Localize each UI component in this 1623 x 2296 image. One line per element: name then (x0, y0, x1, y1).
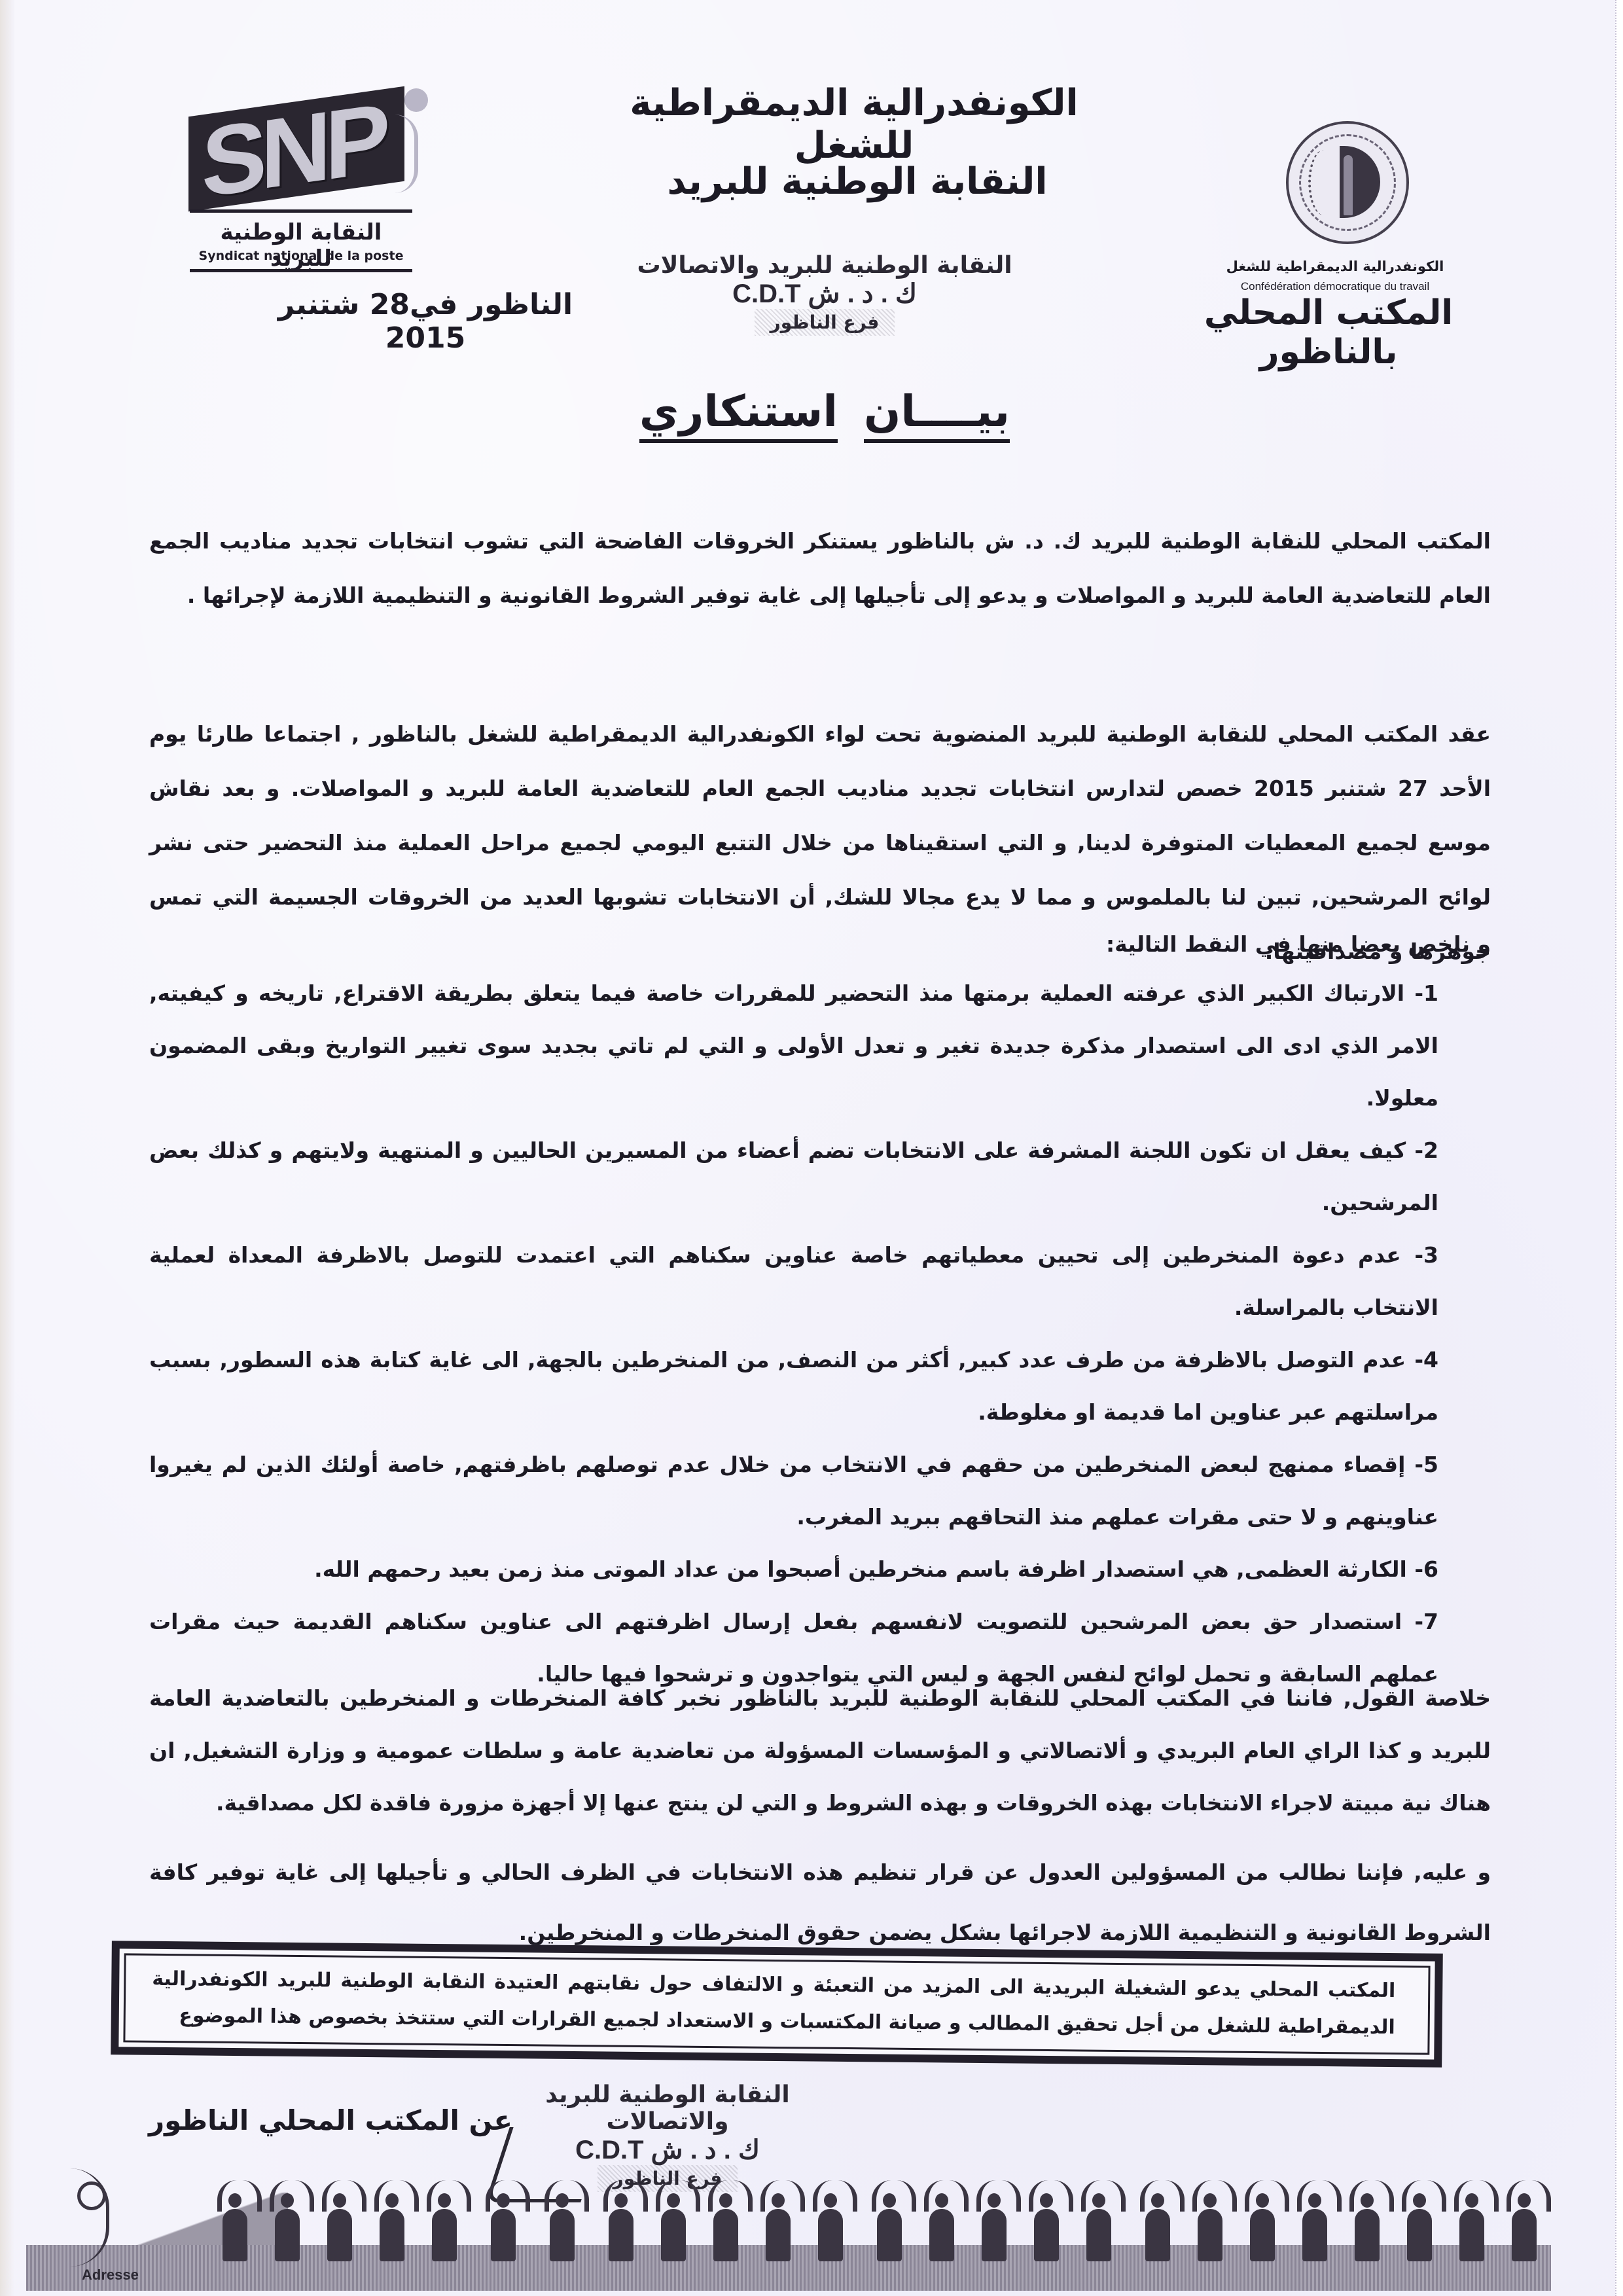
crowd-person-icon (877, 2209, 902, 2261)
points-lead-in: و نلخص بعضا منها في النقط التالية: (149, 922, 1491, 967)
document-date: الناظور في28 شتنبر 2015 (242, 288, 609, 355)
stamp-line-branch: فرع الناظور (755, 309, 895, 336)
crowd-person-icon (1407, 2209, 1432, 2261)
crowd-person-icon (1512, 2209, 1537, 2261)
mobilization-callout-box: المكتب المحلي يدعو الشغيلة البريدية الى … (111, 1941, 1443, 2068)
crowd-person-icon (1250, 2209, 1275, 2261)
crowd-person-icon (327, 2209, 352, 2261)
document-title-word-1: بيــــان (864, 386, 1010, 443)
crowd-person-icon (1302, 2209, 1327, 2261)
signoff-label: عن المكتب المحلي الناظور (147, 2104, 514, 2136)
snp-logo-dot-icon (404, 88, 428, 112)
document-title-word-2: استنكاري (639, 386, 838, 443)
list-item: 2- كيف يعقل ان تكون اللجنة المشرفة على ا… (149, 1124, 1491, 1229)
violations-list: 1- الارتباك الكبير الذي عرفته العملية بر… (149, 967, 1491, 1700)
list-item: 1- الارتباك الكبير الذي عرفته العملية بر… (149, 967, 1491, 1124)
snp-logo-letters: SNP (202, 80, 398, 219)
crowd-person-icon (223, 2209, 247, 2261)
crowd-person-icon (491, 2209, 516, 2261)
union-title: النقابة الوطنية للبريد (654, 160, 1060, 203)
list-item: 5- إقصاء ممنهج لبعض المنخرطين من حقهم في… (149, 1439, 1491, 1543)
scan-edge-left (0, 0, 14, 2296)
list-item-number: 6- (1414, 1556, 1438, 1582)
cdt-arabic-name: الكونفدرالية الديمقراطية للشغل (1191, 259, 1479, 274)
list-item: 6- الكارثة العظمى, هي استصدار اظرفة باسم… (149, 1543, 1491, 1596)
list-item-number: 3- (1414, 1242, 1438, 1268)
snp-logo-rule-bottom (190, 269, 412, 272)
scan-edge-right (1615, 0, 1623, 2296)
list-item-text: الكارثة العظمى, هي استصدار اظرفة باسم من… (314, 1556, 1407, 1582)
crowd-person-icon (929, 2209, 954, 2261)
crowd-person-icon (1355, 2209, 1380, 2261)
list-item-number: 2- (1414, 1138, 1438, 1163)
list-item-number: 1- (1414, 980, 1438, 1006)
wheat-icon (1308, 150, 1340, 215)
list-item: 3- عدم دعوة المنخرطين إلى تحيين معطياتهم… (149, 1229, 1491, 1334)
crowd-person-icon (1034, 2209, 1059, 2261)
crowd-person-icon (766, 2209, 791, 2261)
snp-logo-arabic-name: النقابة الوطنية للبريد (190, 219, 412, 272)
crowd-person-icon (1086, 2209, 1111, 2261)
crowd-person-icon (275, 2209, 300, 2261)
crowd-person-icon (1145, 2209, 1170, 2261)
snp-logo: SNP النقابة الوطنية للبريد Syndicat nati… (182, 88, 418, 255)
stamp-line-cdt: ك . د . ش C.D.T (628, 279, 1021, 309)
footer-crowd-banner: Adresse (26, 2163, 1584, 2291)
points-lead-in-text: و نلخص بعضا منها في النقط التالية: (149, 922, 1491, 967)
crowd-person-icon (982, 2209, 1007, 2261)
conclusion-text: خلاصة القول, فاننا في المكتب المحلي للنق… (149, 1672, 1491, 1829)
crowd-person-icon (609, 2209, 633, 2261)
list-item-number: 4- (1414, 1347, 1438, 1372)
list-item-text: عدم التوصل بالاظرفة من طرف عدد كبير, أكث… (149, 1347, 1438, 1425)
confederation-title: الكونفدرالية الديمقراطية للشغل (609, 82, 1099, 167)
local-office-heading: المكتب المحلي بالناظور (1152, 293, 1505, 372)
crowd-person-icon (1198, 2209, 1222, 2261)
raised-arm-figure-icon (67, 2168, 113, 2267)
union-stamp-top: النقابة الوطنية للبريد والاتصالات ك . د … (628, 252, 1021, 336)
crowd-person-icon (1459, 2209, 1484, 2261)
crowd-person-icon (661, 2209, 686, 2261)
list-item-number: 7- (1414, 1609, 1438, 1634)
snp-logo-rule-top (190, 209, 412, 213)
stamp-line-union: النقابة الوطنية للبريد والاتصالات (628, 252, 1021, 279)
intro-paragraph: المكتب المحلي للنقابة الوطنية للبريد ك. … (149, 514, 1491, 622)
cdt-emblem-icon (1286, 121, 1409, 244)
list-item-text: إقصاء ممنهج لبعض المنخرطين من حقهم في ال… (149, 1452, 1438, 1530)
list-item-text: الارتباك الكبير الذي عرفته العملية برمته… (149, 980, 1438, 1111)
crowd-person-icon (818, 2209, 843, 2261)
address-label: Adresse (82, 2267, 139, 2284)
snp-logo-swoosh-icon (395, 115, 418, 193)
pen-icon (1344, 155, 1353, 215)
list-item-text: كيف يعقل ان تكون اللجنة المشرفة على الان… (149, 1138, 1438, 1215)
callout-text: المكتب المحلي يدعو الشغيلة البريدية الى … (152, 1961, 1396, 2046)
figure-head (77, 2181, 106, 2210)
crowd-person-icon (550, 2209, 575, 2261)
intro-text: المكتب المحلي للنقابة الوطنية للبريد ك. … (149, 514, 1491, 622)
list-item: 4- عدم التوصل بالاظرفة من طرف عدد كبير, … (149, 1334, 1491, 1439)
list-item-text: عدم دعوة المنخرطين إلى تحيين معطياتهم خا… (149, 1242, 1438, 1320)
list-item-number: 5- (1414, 1452, 1438, 1477)
conclusion-paragraph: خلاصة القول, فاننا في المكتب المحلي للنق… (149, 1672, 1491, 1829)
cdt-french-name: Confédération démocratique du travail (1191, 280, 1479, 293)
crowd-person-icon (380, 2209, 404, 2261)
crowd-person-icon (432, 2209, 457, 2261)
document-title: بيــــاناستنكاري (628, 386, 1021, 437)
snp-logo-french-name: Syndicat national de la poste (190, 249, 412, 263)
crowd-person-icon (713, 2209, 738, 2261)
